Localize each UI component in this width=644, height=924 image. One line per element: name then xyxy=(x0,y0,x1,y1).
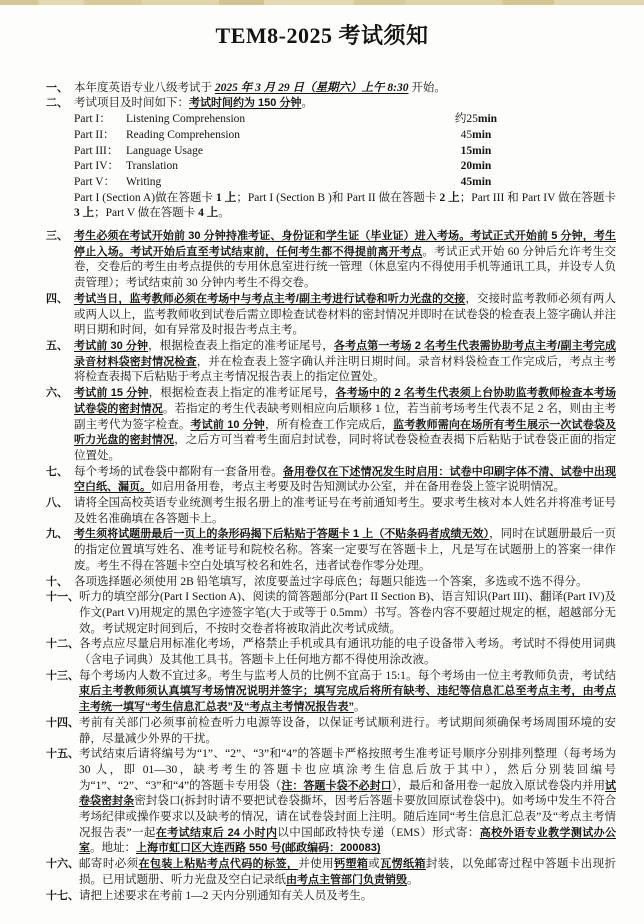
item-text: 各项选择题必须使用 2B 铅笔填写，浓度要盖过字母底色；每题只能选一个答案，多选… xyxy=(74,575,616,591)
text-run: 约25 xyxy=(455,113,478,125)
notice-item: 九、考生须将试题册最后一页上的条形码揭下后粘贴于答题卡 1 上（不贴条码者成绩无… xyxy=(46,527,616,574)
text-run: 每个考场内人数不宜过多。考生与监考人员的比例不宜高于 15:1。每个考场由一位主… xyxy=(79,670,616,682)
item-paragraph: 考生须将试题册最后一页上的条形码揭下后粘贴于答题卡 1 上（不贴条码者成绩无效）… xyxy=(74,527,616,574)
exam-part-row: Part III：Language Usage15min xyxy=(74,144,616,160)
item-number: 十二、 xyxy=(46,637,79,653)
text-run: 考生须将试题册最后一页上的条形码揭下后粘贴于答题卡 1 上（不贴条码者成绩无效） xyxy=(74,528,489,540)
part-duration: 约25min xyxy=(336,112,616,128)
text-run: 考试当日，监考教师必须在考场中与考点主考/副主考进行试卷和听力光盘的交接 xyxy=(74,293,465,305)
exam-part-row: Part V：Writing45min xyxy=(74,175,616,191)
notice-item: 一、本年度英语专业八级考试于 2025 年 3 月 29 日（星期六）上午 8:… xyxy=(46,81,616,97)
part-label: Part III： xyxy=(74,144,126,160)
item-text: 考试结束后请将编号为“1”、“2”、“3”和“4”的答题卡严格按照考生准考证号顺… xyxy=(79,747,616,857)
text-run: 15min xyxy=(461,145,492,157)
item-paragraph: 请把上述要求在考前 1—2 天内分别通知有关人员及考生。 xyxy=(79,889,616,905)
item-text: 邮寄时必须在包装上粘贴考点代码的标签，并使用钙塑箱或瓦愣纸箱封装，以免邮寄过程中… xyxy=(79,857,616,888)
text-run: 开始。 xyxy=(408,82,445,94)
text-run: 。 xyxy=(218,207,230,219)
text-run: ），最后和备用卷一起放入原试卷袋内并用 xyxy=(392,780,605,792)
text-run: 或 xyxy=(368,858,380,870)
text-run: 4 上 xyxy=(198,207,218,219)
text-run: 考试前 10 分钟 xyxy=(191,419,265,431)
notice-item: 十三、每个考场内人数不宜过多。考生与监考人员的比例不宜高于 15:1。每个考场由… xyxy=(46,669,616,716)
item-number: 七、 xyxy=(46,465,74,481)
text-run: 45min xyxy=(461,176,492,188)
item-paragraph: 听力的填空部分(Part I Section A)、阅读的简答题部分(Part … xyxy=(79,590,616,637)
notice-list: 一、本年度英语专业八级考试于 2025 年 3 月 29 日（星期六）上午 8:… xyxy=(0,65,644,905)
text-run: 由考点主管部门负责销毁 xyxy=(286,874,407,886)
exam-part-row: Part IV：Translation20min xyxy=(74,159,616,175)
item-number: 六、 xyxy=(46,386,74,402)
item-number: 十、 xyxy=(46,575,74,591)
item-number: 十一、 xyxy=(46,590,79,606)
item-text: 考试前 30 分钟，根据检查表上指定的准考证尾号，各考点第一考场 2 名考生代表… xyxy=(74,339,616,386)
notice-item: 十一、听力的填空部分(Part I Section A)、阅读的简答题部分(Pa… xyxy=(46,590,616,637)
exam-part-row: Part II：Reading Comprehension45min xyxy=(74,128,616,144)
text-run: 考试时间约为 150 分钟 xyxy=(189,97,301,109)
text-run: 1 上 xyxy=(216,192,236,204)
text-run: 。 xyxy=(354,701,366,713)
part-label: Part I： xyxy=(74,112,126,128)
part-duration: 15min xyxy=(336,144,616,160)
text-run: Part I (Section A)做在答题卡 xyxy=(74,192,216,204)
part-label: Part IV： xyxy=(74,159,126,175)
item-text: 本年度英语专业八级考试于 2025 年 3 月 29 日（星期六）上午 8:30… xyxy=(74,81,616,97)
text-run: 上海市虹口区大连西路 550 号(邮政编码：200083) xyxy=(136,842,381,854)
text-run: 钙塑箱 xyxy=(334,858,368,870)
text-run: 请把上述要求在考前 1—2 天内分别通知有关人员及考生。 xyxy=(79,890,372,902)
item-number: 一、 xyxy=(46,81,74,97)
text-run: 请将全国高校英语专业统测考生报名册上的准考证号在考前通知考生。要求考生核对本人姓… xyxy=(74,497,616,525)
item-text: 考试项目及时间如下：考试时间约为 150 分钟。Part I：Listening… xyxy=(74,96,616,222)
text-run: ，根据检查表上指定的准考证尾号， xyxy=(148,340,334,352)
notice-item: 四、考试当日，监考教师必须在考场中与考点主考/副主考进行试卷和听力光盘的交接，交… xyxy=(46,292,616,339)
item-paragraph: 考试前 15 分钟，根据检查表上指定的准考证尾号，各考场中的 2 名考生代表须上… xyxy=(74,386,616,465)
item-paragraph: 各考点应尽量启用标准化考场，严格禁止手机或具有通讯功能的电子设备带入考场。考试时… xyxy=(79,637,616,668)
text-run: 在考试结束后 24 小时内 xyxy=(156,827,278,839)
text-run: 束后主考教师须认真填写考场情况说明并签字；填写完成后将所有缺考、违纪等信息汇总至… xyxy=(79,685,616,713)
part-duration: 20min xyxy=(336,159,616,175)
item-text: 各考点应尽量启用标准化考场，严格禁止手机或具有通讯功能的电子设备带入考场。考试时… xyxy=(79,637,616,668)
text-run: 注：答题卡袋不必封口 xyxy=(281,780,391,792)
text-run: 邮寄时必须 xyxy=(79,858,139,870)
part-name: Translation xyxy=(126,159,178,175)
text-run: 各考点应尽量启用标准化考场，严格禁止手机或具有通讯功能的电子设备带入考场。考试时… xyxy=(79,638,616,666)
item-text: 考生必须在考试开始前 30 分钟持准考证、身份证和学生证（毕业证）进入考场。考试… xyxy=(74,229,616,292)
text-run: 45 xyxy=(461,129,473,141)
item-paragraph: 考前有关部门必须事前检查听力电源等设备，以保证考试顺利进行。考试期间须确保考场周… xyxy=(79,716,616,747)
notice-item: 六、考试前 15 分钟，根据检查表上指定的准考证尾号，各考场中的 2 名考生代表… xyxy=(46,386,616,465)
notice-item: 十四、考前有关部门必须事前检查听力电源等设备，以保证考试顺利进行。考试期间须确保… xyxy=(46,716,616,747)
item-text: 每个考场内人数不宜过多。考生与监考人员的比例不宜高于 15:1。每个考场由一位主… xyxy=(79,669,616,716)
item-text: 听力的填空部分(Part I Section A)、阅读的简答题部分(Part … xyxy=(79,590,616,637)
item-number: 九、 xyxy=(46,527,74,543)
item-paragraph: 请将全国高校英语专业统测考生报名册上的准考证号在考前通知考生。要求考生核对本人姓… xyxy=(74,496,616,527)
exam-part-row: Part I：Listening Comprehension约25min xyxy=(74,112,616,128)
text-run: ，根据检查表上指定的准考证尾号， xyxy=(149,387,336,399)
item-text: 考生须将试题册最后一页上的条形码揭下后粘贴于答题卡 1 上（不贴条码者成绩无效）… xyxy=(74,527,616,574)
item-text: 考试前 15 分钟，根据检查表上指定的准考证尾号，各考场中的 2 名考生代表须上… xyxy=(74,386,616,465)
item-paragraph: 本年度英语专业八级考试于 2025 年 3 月 29 日（星期六）上午 8:30… xyxy=(74,81,616,97)
item-text: 每个考场的试卷袋中都附有一套备用卷。备用卷仅在下述情况发生时启用：试卷中印刷字体… xyxy=(74,465,616,496)
text-run: 本年度英语专业八级考试于 xyxy=(74,82,215,94)
text-run: 在包装上粘贴考点代码的标签， xyxy=(139,858,299,870)
item-number: 十三、 xyxy=(46,669,79,685)
text-run: 如启用备用卷，考点主考要及时告知测试办公室，并在备用卷袋上签字说明情况。 xyxy=(151,481,565,493)
item-number: 十四、 xyxy=(46,716,79,732)
item-paragraph: 邮寄时必须在包装上粘贴考点代码的标签，并使用钙塑箱或瓦愣纸箱封装，以免邮寄过程中… xyxy=(79,857,616,888)
text-run: 20min xyxy=(461,160,492,172)
item-text: 考前有关部门必须事前检查听力电源等设备，以保证考试顺利进行。考试期间须确保考场周… xyxy=(79,716,616,747)
text-run: 各项选择题必须使用 2B 铅笔填写，浓度要盖过字母底色；每题只能选一个答案，多选… xyxy=(74,576,588,588)
notice-item: 十五、考试结束后请将编号为“1”、“2”、“3”和“4”的答题卡严格按照考生准考… xyxy=(46,747,616,857)
text-run: ；Part V 做在答题卡 xyxy=(94,207,198,219)
item-text: 请把上述要求在考前 1—2 天内分别通知有关人员及考生。 xyxy=(79,889,616,905)
notice-item: 十二、各考点应尽量启用标准化考场，严格禁止手机或具有通讯功能的电子设备带入考场。… xyxy=(46,637,616,668)
text-run: 3 上 xyxy=(74,207,94,219)
notice-item: 五、考试前 30 分钟，根据检查表上指定的准考证尾号，各考点第一考场 2 名考生… xyxy=(46,339,616,386)
part-duration: 45min xyxy=(336,175,616,191)
text-run: 2025 年 3 月 29 日（星期六）上午 8:30 xyxy=(215,82,409,94)
item-paragraph: 考生必须在考试开始前 30 分钟持准考证、身份证和学生证（毕业证）进入考场。考试… xyxy=(74,229,616,292)
part-name: Listening Comprehension xyxy=(126,112,245,128)
item-number: 三、 xyxy=(46,229,74,245)
text-run: 以中国邮政特快专递（EMS）形式寄： xyxy=(277,827,479,839)
notice-item: 三、考生必须在考试开始前 30 分钟持准考证、身份证和学生证（毕业证）进入考场。… xyxy=(46,229,616,292)
item-number: 二、 xyxy=(46,96,74,112)
text-run: 每个考场的试卷袋中都附有一套备用卷。 xyxy=(74,466,283,478)
item-paragraph: 每个考场的试卷袋中都附有一套备用卷。备用卷仅在下述情况发生时启用：试卷中印刷字体… xyxy=(74,465,616,496)
notice-item: 十、各项选择题必须使用 2B 铅笔填写，浓度要盖过字母底色；每题只能选一个答案，… xyxy=(46,575,616,591)
part-name: Writing xyxy=(126,175,161,191)
page-title: TEM8-2025 考试须知 xyxy=(0,19,644,50)
item-number: 十五、 xyxy=(46,747,79,763)
text-run: 2 上 xyxy=(440,192,460,204)
text-run: 听力的填空部分(Part I Section A)、阅读的简答题部分(Part … xyxy=(79,591,616,634)
notice-item: 十六、邮寄时必须在包装上粘贴考点代码的标签，并使用钙塑箱或瓦愣纸箱封装，以免邮寄… xyxy=(46,857,616,888)
part-label: Part V： xyxy=(74,175,126,191)
item-paragraph: 考试结束后请将编号为“1”、“2”、“3”和“4”的答题卡严格按照考生准考证号顺… xyxy=(79,747,616,857)
item-paragraph: 考试项目及时间如下：考试时间约为 150 分钟。 xyxy=(74,96,616,112)
item-text: 请将全国高校英语专业统测考生报名册上的准考证号在考前通知考生。要求考生核对本人姓… xyxy=(74,496,616,527)
item-number: 四、 xyxy=(46,292,74,308)
text-run: 。地址： xyxy=(90,842,136,854)
notice-item: 二、考试项目及时间如下：考试时间约为 150 分钟。Part I：Listeni… xyxy=(46,96,616,222)
text-run: ，所有检查工作完成后， xyxy=(265,419,393,431)
item-paragraph: 考试当日，监考教师必须在考场中与考点主考/副主考进行试卷和听力光盘的交接，交接时… xyxy=(74,292,616,339)
exam-parts-table: Part I：Listening Comprehension约25minPart… xyxy=(74,112,616,191)
text-run: ；Part III 和 Part IV 做在答题卡 xyxy=(460,192,616,204)
part-name: Reading Comprehension xyxy=(126,128,240,144)
text-run: 。 xyxy=(301,97,313,109)
item-number: 五、 xyxy=(46,339,74,355)
text-run: 并使用 xyxy=(298,858,334,870)
item-paragraph: 各项选择题必须使用 2B 铅笔填写，浓度要盖过字母底色；每题只能选一个答案，多选… xyxy=(74,575,616,591)
part-name: Language Usage xyxy=(126,144,203,160)
item-number: 十六、 xyxy=(46,857,79,873)
text-run: 考前有关部门必须事前检查听力电源等设备，以保证考试顺利进行。考试期间须确保考场周… xyxy=(79,717,616,745)
text-run: 瓦愣纸箱 xyxy=(380,858,426,870)
item-text: 考试当日，监考教师必须在考场中与考点主考/副主考进行试卷和听力光盘的交接，交接时… xyxy=(74,292,616,339)
item-number: 十七、 xyxy=(46,889,79,905)
notice-item: 八、请将全国高校英语专业统测考生报名册上的准考证号在考前通知考生。要求考生核对本… xyxy=(46,496,616,527)
answer-sheet-note: Part I (Section A)做在答题卡 1 上；Part I (Sect… xyxy=(74,191,616,222)
notice-item: 七、每个考场的试卷袋中都附有一套备用卷。备用卷仅在下述情况发生时启用：试卷中印刷… xyxy=(46,465,616,496)
text-run: ；Part I (Section B )和 Part II 做在答题卡 xyxy=(236,192,439,204)
text-run: min xyxy=(478,113,497,125)
notice-item: 十七、请把上述要求在考前 1—2 天内分别通知有关人员及考生。 xyxy=(46,889,616,905)
text-run: min xyxy=(472,129,491,141)
text-run: 考试项目及时间如下： xyxy=(74,97,189,109)
item-paragraph: 考试前 30 分钟，根据检查表上指定的准考证尾号，各考点第一考场 2 名考生代表… xyxy=(74,339,616,386)
scan-edge-strip xyxy=(0,0,644,5)
text-run: 考试前 15 分钟 xyxy=(74,387,149,399)
item-number: 八、 xyxy=(46,496,74,512)
part-label: Part II： xyxy=(74,128,126,144)
text-run: 考试前 30 分钟 xyxy=(74,340,148,352)
text-run: 。 xyxy=(407,874,419,886)
part-duration: 45min xyxy=(336,128,616,144)
item-paragraph: 每个考场内人数不宜过多。考生与监考人员的比例不宜高于 15:1。每个考场由一位主… xyxy=(79,669,616,716)
document-page: TEM8-2025 考试须知 一、本年度英语专业八级考试于 2025 年 3 月… xyxy=(0,0,644,924)
